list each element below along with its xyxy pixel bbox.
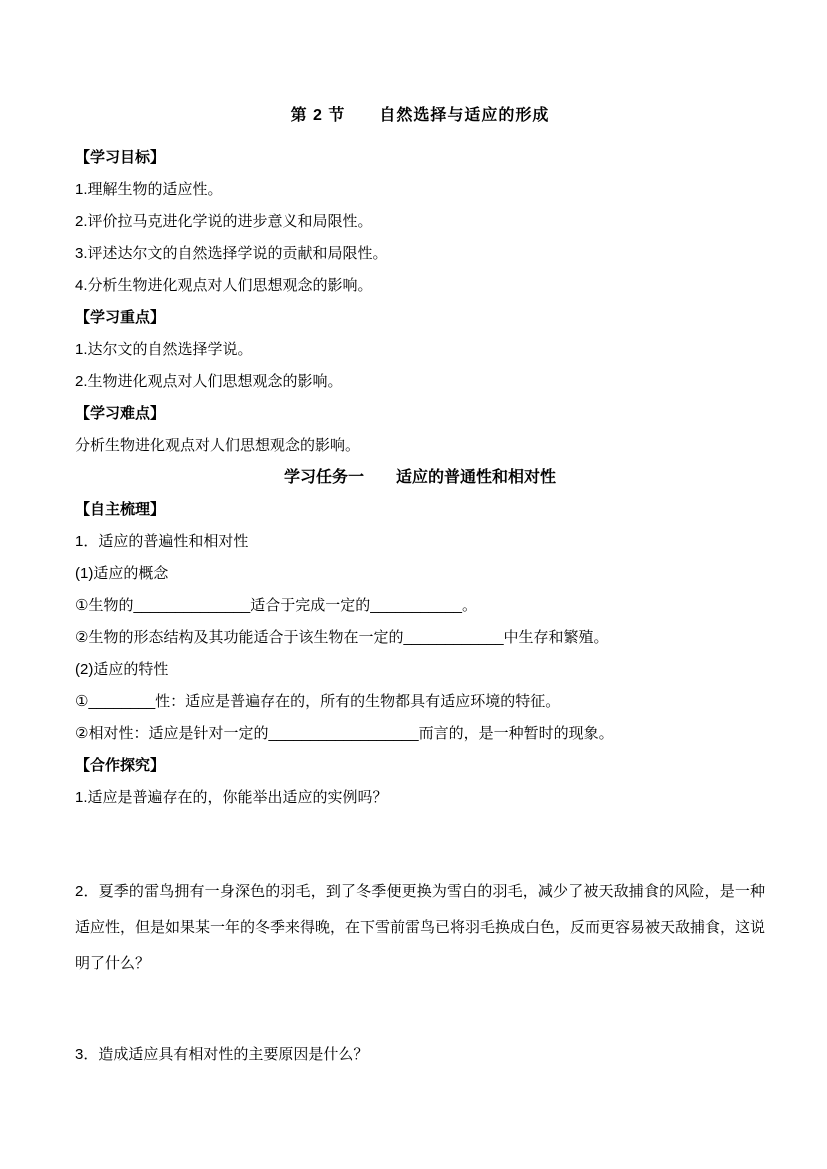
self-review-line-1: 1．适应的普遍性和相对性 — [75, 526, 765, 558]
inquiry-question-1: 1.适应是普遍存在的，你能举出适应的实例吗？ — [75, 782, 765, 814]
key-point-item-1: 1.达尔文的自然选择学说。 — [75, 334, 765, 366]
document-page: 第 2 节 自然选择与适应的形成 【学习目标】 1.理解生物的适应性。 2.评价… — [0, 0, 827, 1169]
self-review-blank-line-4: ②相对性：适应是针对一定的__________________而言的，是一种暂时… — [75, 718, 765, 750]
self-review-header: 【自主梳理】 — [75, 494, 765, 526]
objective-item-3: 3.评述达尔文的自然选择学说的贡献和局限性。 — [75, 238, 765, 270]
task1-heading: 学习任务一 适应的普通性和相对性 — [75, 462, 765, 494]
inquiry-question-3: 3．造成适应具有相对性的主要原因是什么？ — [75, 1039, 765, 1071]
page-title: 第 2 节 自然选择与适应的形成 — [75, 106, 765, 126]
objective-item-2: 2.评价拉马克进化学说的进步意义和局限性。 — [75, 206, 765, 238]
difficulties-header: 【学习难点】 — [75, 398, 765, 430]
self-review-blank-line-1: ①生物的______________适合于完成一定的___________。 — [75, 590, 765, 622]
self-review-line-5: (2)适应的特性 — [75, 654, 765, 686]
self-review-blank-line-3: ①________性：适应是普遍存在的，所有的生物都具有适应环境的特征。 — [75, 686, 765, 718]
self-review-line-2: (1)适应的概念 — [75, 558, 765, 590]
objectives-header: 【学习目标】 — [75, 142, 765, 174]
objective-item-4: 4.分析生物进化观点对人们思想观念的影响。 — [75, 270, 765, 302]
difficulty-item-1: 分析生物进化观点对人们思想观念的影响。 — [75, 430, 765, 462]
self-review-blank-line-2: ②生物的形态结构及其功能适合于该生物在一定的____________中生存和繁殖… — [75, 622, 765, 654]
key-points-header: 【学习重点】 — [75, 302, 765, 334]
inquiry-question-2: 2．夏季的雷鸟拥有一身深色的羽毛，到了冬季便更换为雪白的羽毛，减少了被天敌捕食的… — [75, 874, 765, 982]
key-point-item-2: 2.生物进化观点对人们思想观念的影响。 — [75, 366, 765, 398]
objective-item-1: 1.理解生物的适应性。 — [75, 174, 765, 206]
cooperative-inquiry-header: 【合作探究】 — [75, 750, 765, 782]
